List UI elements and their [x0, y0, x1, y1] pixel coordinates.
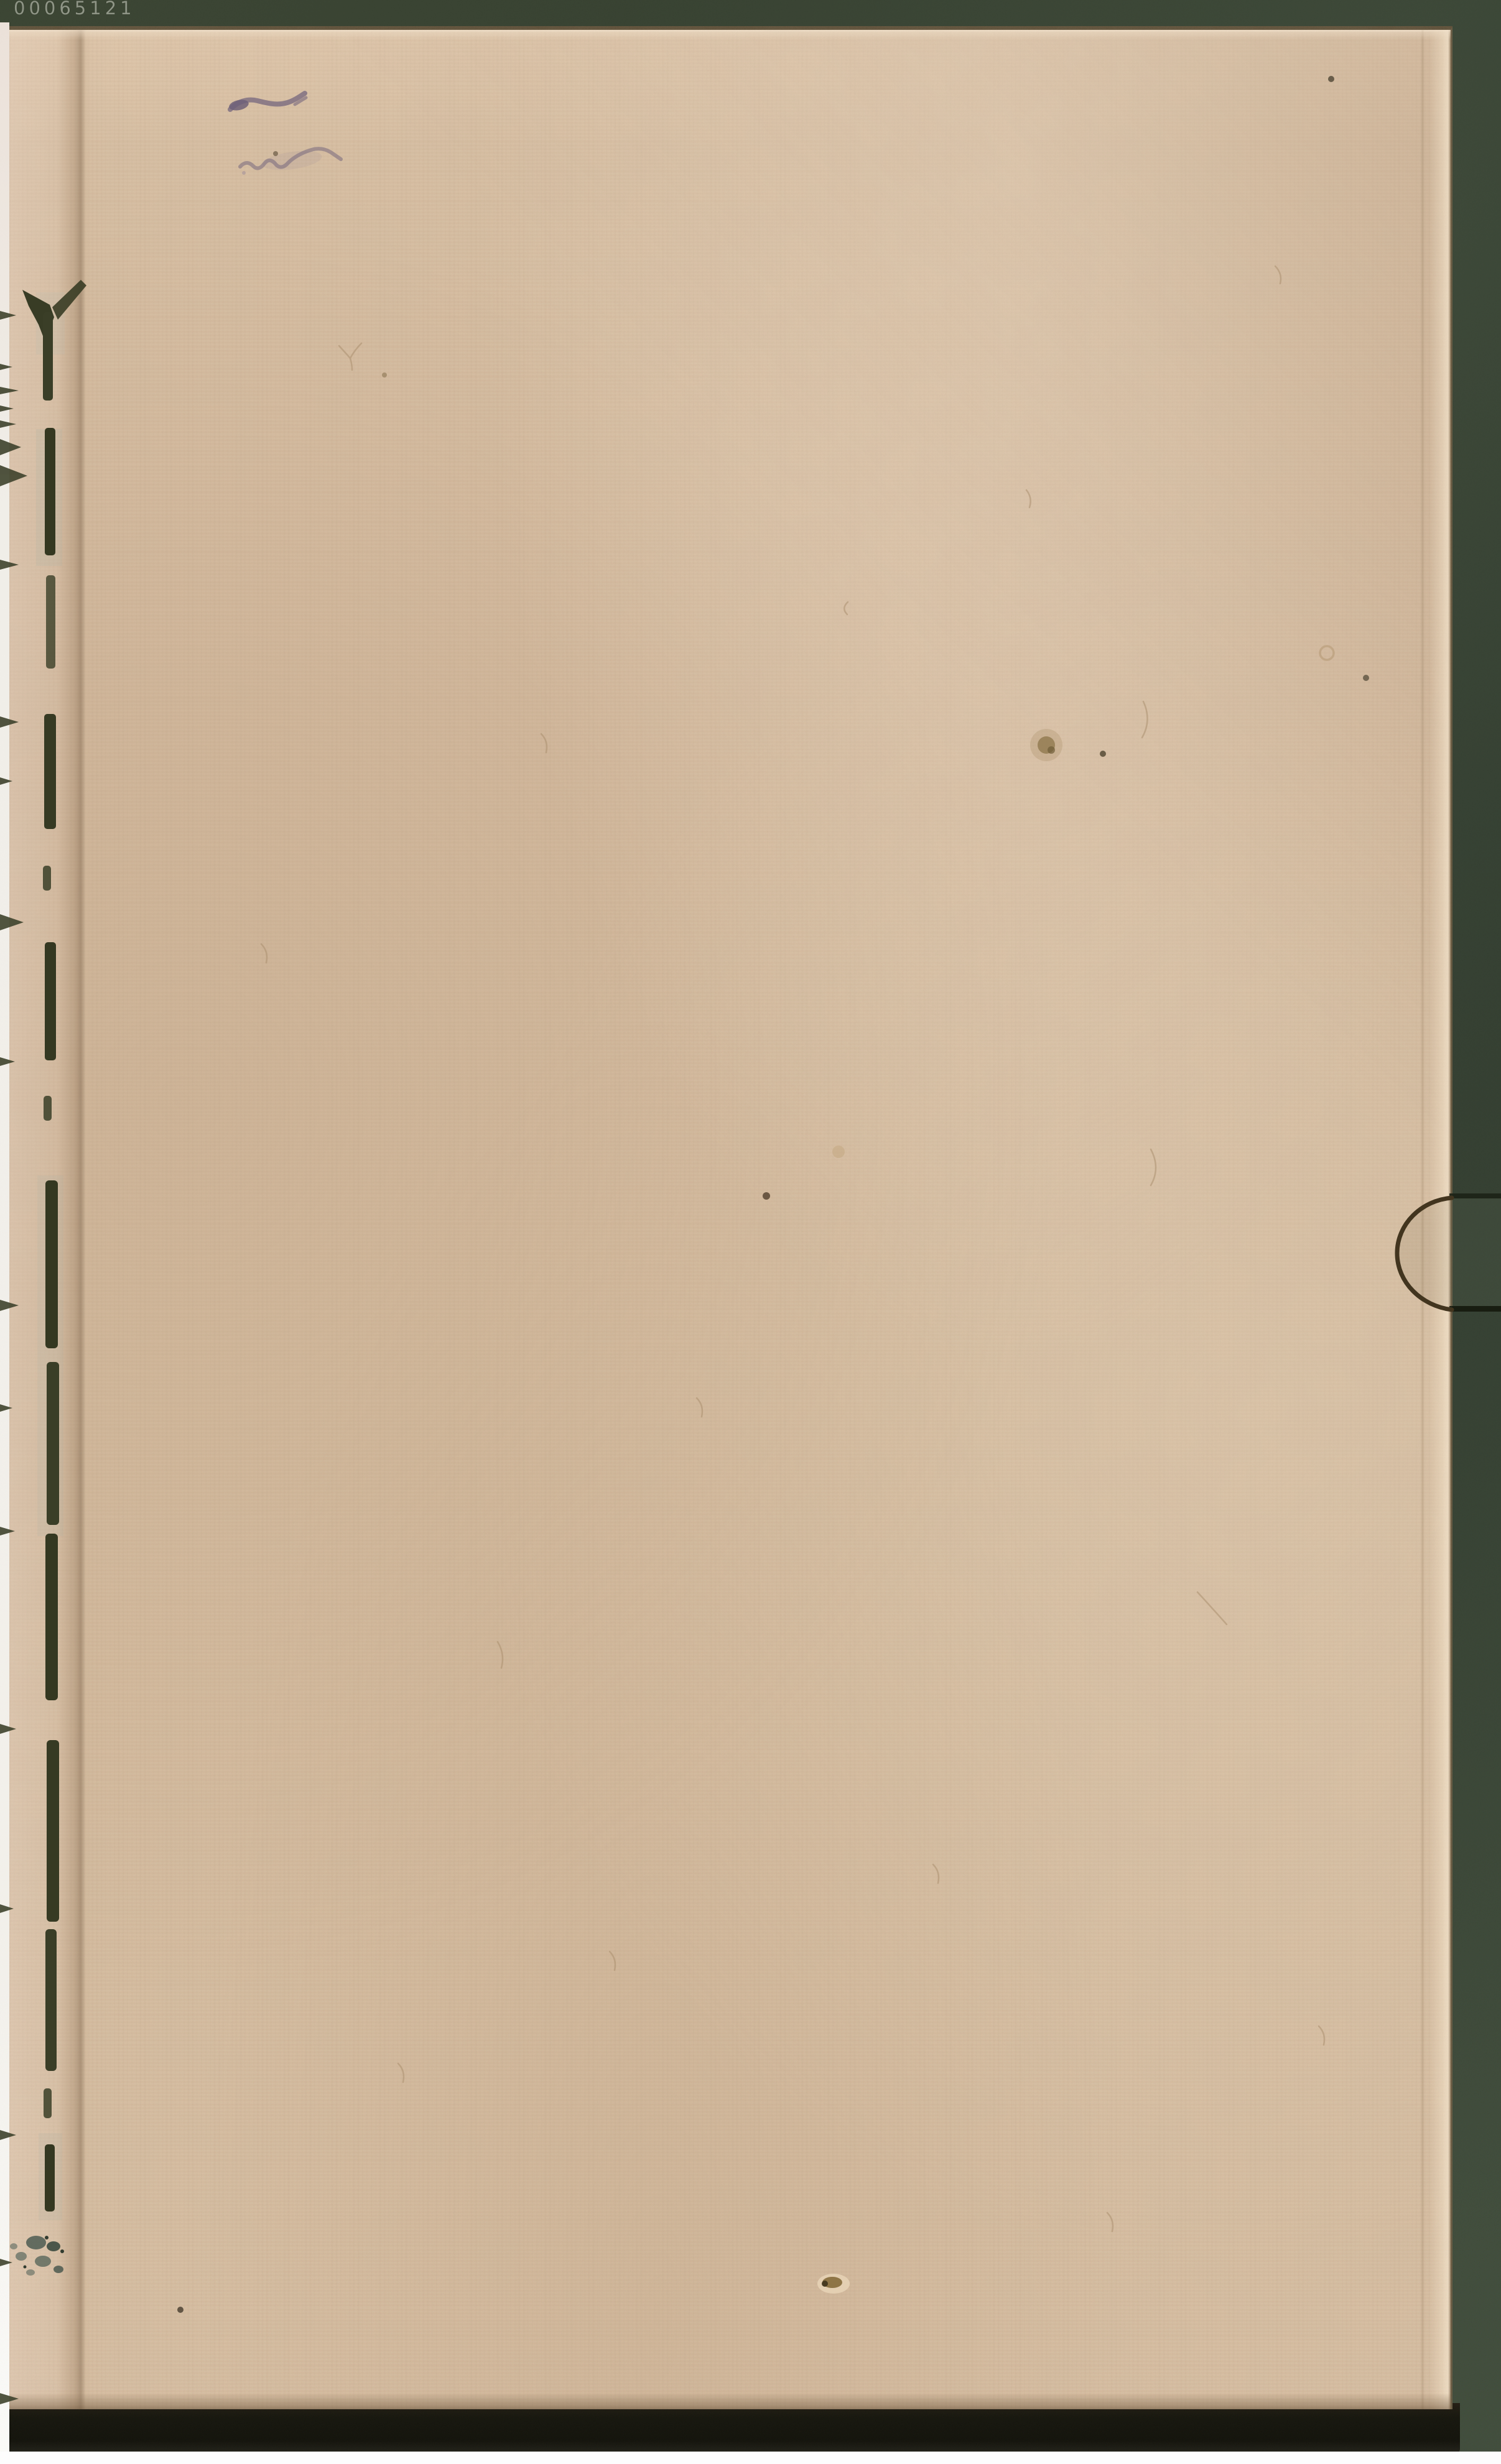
book-page: [9, 26, 1452, 2409]
fore-edge-crease: [1421, 30, 1424, 2409]
book-scan-photo: 00065121: [0, 0, 1501, 2464]
bottom-edge-shade: [9, 2393, 1451, 2409]
scan-id-watermark: 00065121: [14, 0, 136, 19]
gutter-crease: [9, 30, 91, 2409]
page-bottom-shadow: [9, 2403, 1460, 2453]
top-edge-highlight: [9, 30, 1451, 40]
scan-frame-bottom: [0, 2452, 1501, 2464]
fore-edge-highlight: [1429, 30, 1451, 2409]
scan-frame-left: [0, 22, 9, 2464]
